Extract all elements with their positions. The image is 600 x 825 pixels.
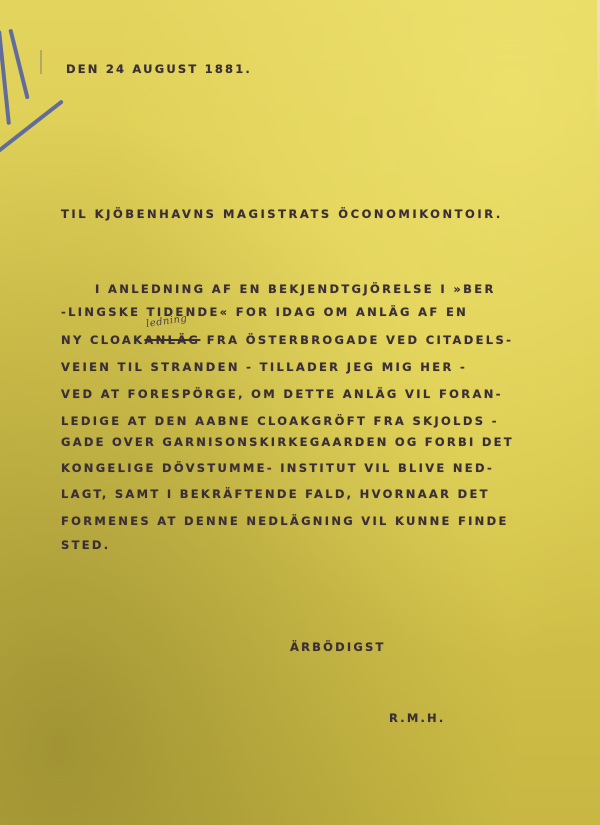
text-before-strike: NY CLOAK (61, 333, 144, 347)
recipient-line: TIL KJÖBENHAVNS MAGISTRATS ÖCONOMIKONTOI… (61, 207, 503, 221)
body-line: -LINGSKE TIDENDE« FOR IDAG OM ANLÄG AF E… (61, 305, 468, 319)
body-line: KONGELIGE DÖVSTUMME- INSTITUT VIL BLIVE … (61, 461, 494, 475)
paper-background (0, 0, 600, 825)
closing-salutation: ÄRBÖDIGST (290, 640, 386, 654)
date-line: DEN 24 AUGUST 1881. (66, 62, 252, 76)
body-line: FORMENES AT DENNE NEDLÄGNING VIL KUNNE F… (61, 514, 509, 528)
body-line-with-correction: NY CLOAKANLÄG FRA ÖSTERBROGADE VED CITAD… (61, 333, 513, 347)
faint-pencil-mark (40, 50, 42, 74)
signature-initials: R.M.H. (389, 711, 445, 725)
body-line: LEDIGE AT DEN AABNE CLOAKGRÖFT FRA SKJOL… (61, 414, 499, 428)
text-after-strike: FRA ÖSTERBROGADE VED CITADELS- (200, 333, 513, 347)
body-line: VEIEN TIL STRANDEN - TILLADER JEG MIG HE… (61, 360, 467, 374)
struck-text: ANLÄG (144, 333, 200, 347)
body-line: VED AT FORESPÖRGE, OM DETTE ANLÄG VIL FO… (61, 387, 503, 401)
body-line: I ANLEDNING AF EN BEKJENDTGJÖRELSE I »BE… (95, 282, 496, 296)
body-line: GADE OVER GARNISONSKIRKEGAARDEN OG FORBI… (61, 435, 514, 449)
body-line: LAGT, SAMT I BEKRÄFTENDE FALD, HVORNAAR … (61, 487, 490, 501)
body-line: STED. (61, 538, 110, 552)
